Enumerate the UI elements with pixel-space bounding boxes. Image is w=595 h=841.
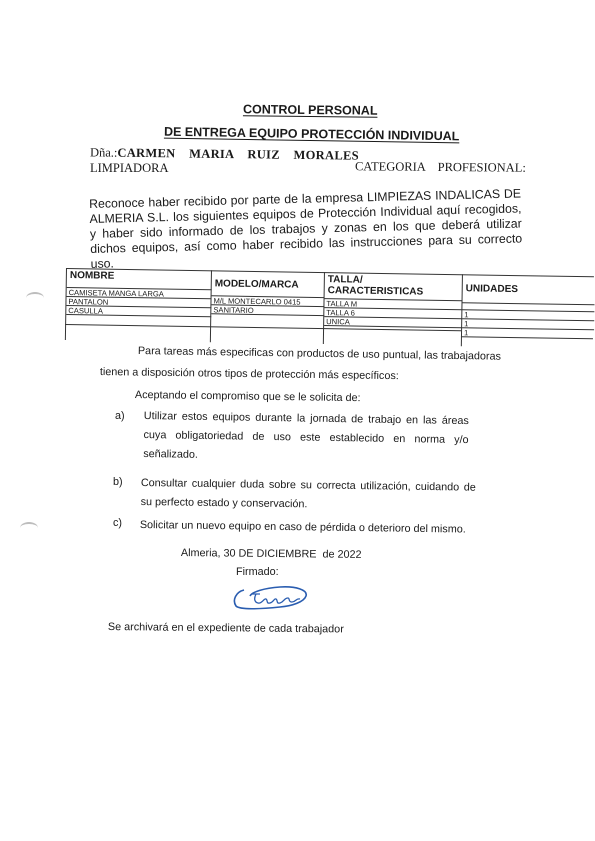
aceptando-line: Aceptando el compromiso que se le solici… <box>135 389 361 404</box>
item-b-text: Consultar cualquier duda sobre su correc… <box>140 474 475 517</box>
para-line-2: tienen a disposición otros tipos de prot… <box>100 366 399 382</box>
title-line-1: CONTROL PERSONAL <box>243 102 378 117</box>
header-unidades: UNIDADES <box>463 274 595 298</box>
item-c-letter: c) <box>113 517 122 529</box>
intro-paragraph: Reconoce haber recibido por parte de la … <box>89 186 523 272</box>
worker-prefix: Dña.: <box>90 145 118 159</box>
footer-note: Se archivará en el expediente de cada tr… <box>108 621 344 635</box>
column-modelo: MODELO/MARCA M/L MONTECARLO 0415 SANITAR… <box>210 270 325 344</box>
item-b-letter: b) <box>113 476 123 488</box>
header-talla-line-2: CARACTERISTICAS <box>328 285 460 298</box>
cell-talla <box>324 325 462 337</box>
scan-punch-mark <box>20 522 38 534</box>
date-line: Almeria, 30 DE DICIEMBRE de 2022 <box>181 547 362 561</box>
item-a-letter: a) <box>115 410 125 422</box>
header-nombre: NOMBRE <box>67 268 212 285</box>
scan-punch-mark <box>26 292 44 304</box>
item-c-text: Solicitar un nuevo equipo en caso de pér… <box>140 516 500 540</box>
item-a-text: Utilizar estos equipos durante la jornad… <box>143 407 469 469</box>
signature-image <box>230 582 310 612</box>
header-talla: TALLA/ CARACTERISTICAS <box>325 272 463 300</box>
column-nombre: NOMBRE CAMISETA MANGA LARGA PANTALON CAS… <box>65 268 212 342</box>
para-line-1: Para tareas más especificas con producto… <box>138 345 501 363</box>
equipment-table: NOMBRE CAMISETA MANGA LARGA PANTALON CAS… <box>65 268 594 348</box>
category-value: LIMPIADORA <box>90 161 168 176</box>
title-line-2: DE ENTREGA EQUIPO PROTECCIÓN INDIVIDUAL <box>164 125 460 144</box>
column-talla: TALLA/ CARACTERISTICAS TALLA M TALLA 6 U… <box>323 272 463 346</box>
category-label: CATEGORIA PROFESIONAL: <box>355 159 526 175</box>
signed-label: Firmado: <box>236 566 279 578</box>
cell-modelo <box>211 313 324 325</box>
header-modelo: MODELO/MARCA <box>212 270 325 293</box>
